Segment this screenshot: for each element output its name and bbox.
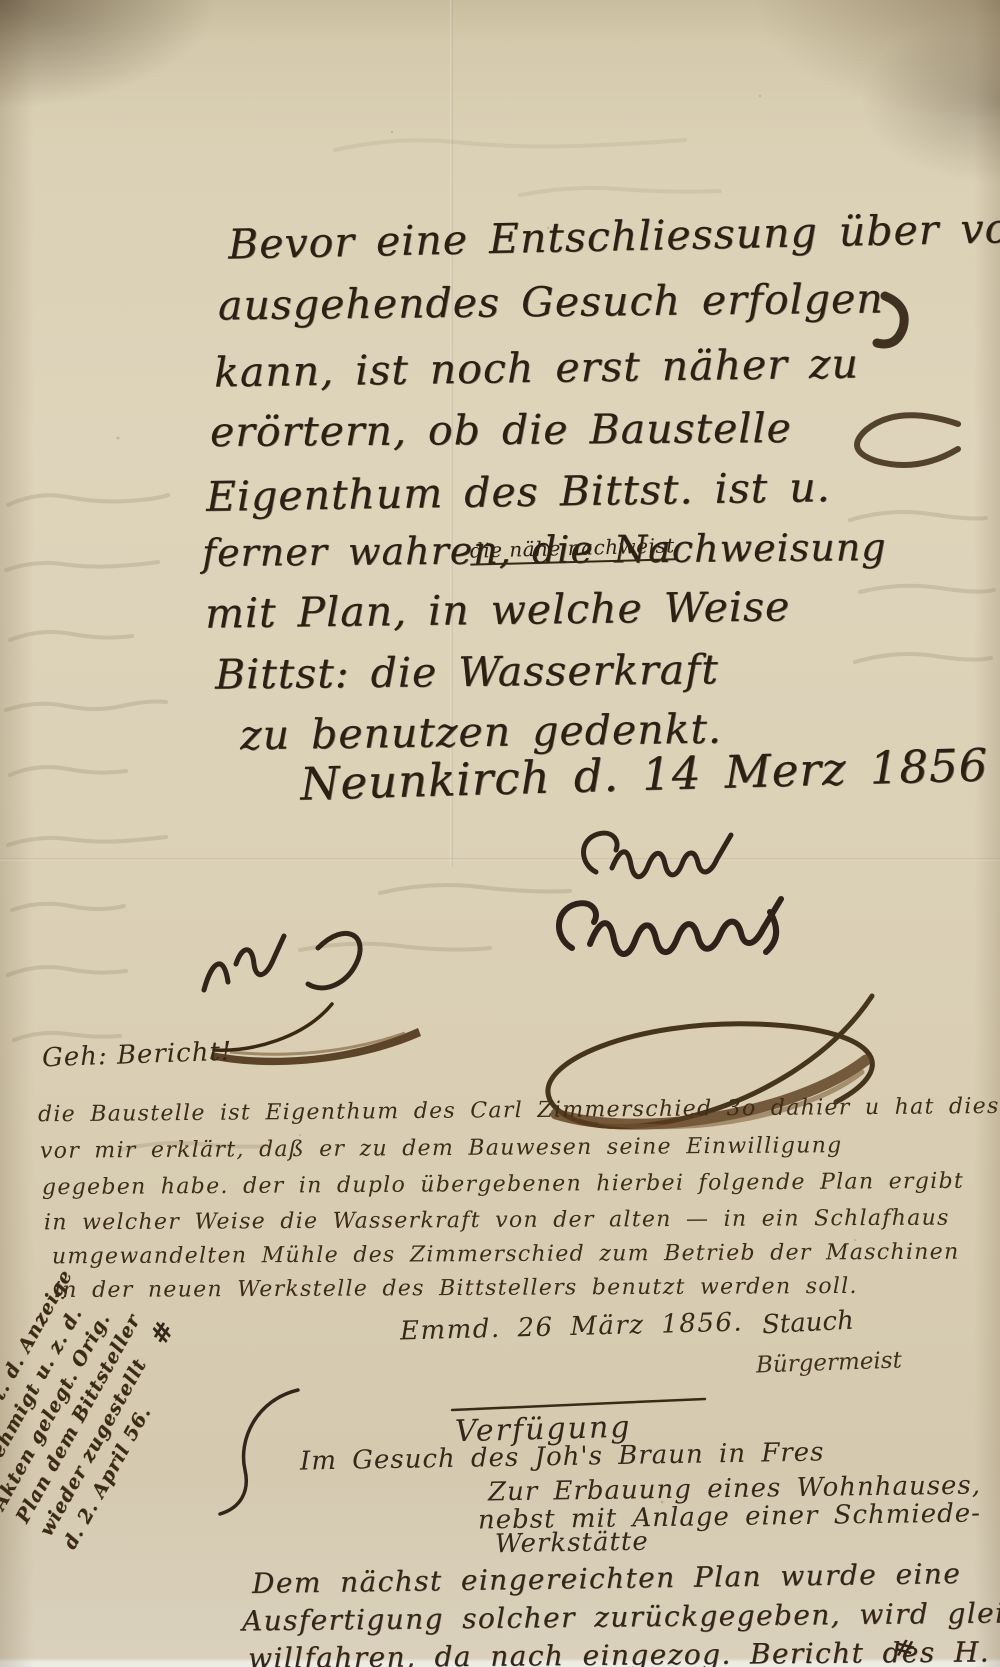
signature-flourish-left	[210, 1004, 421, 1065]
interlinear-insertion: die nähe nachweist	[470, 533, 675, 565]
signature-scrawl-left	[204, 933, 360, 990]
margin-swash	[857, 415, 958, 465]
decree-heading-stroke	[452, 1399, 705, 1410]
petition-line: Werkstätte	[495, 1527, 649, 1560]
petition-line: Im Gesuch des Joh's Braun in Fres	[300, 1437, 825, 1476]
main-text-line: ausgehendes Gesuch erfolgen	[218, 275, 884, 330]
horizontal-fold-crease	[0, 858, 1000, 861]
report-line: die Baustelle ist Eigenthum des Carl Zim…	[38, 1094, 1000, 1128]
petition-bracket-flourish	[220, 1390, 298, 1514]
main-text-line: erörtern, ob die Baustelle	[210, 404, 792, 456]
main-text-line: Bittst: die Wasserkraft	[215, 645, 719, 698]
closing-line: Dem nächst eingereichten Plan wurde eine	[252, 1557, 962, 1600]
main-text-line: kann, ist noch erst näher zu	[214, 340, 859, 397]
signature-scrawl-right-1	[584, 833, 732, 877]
report-line: vor mir erklärt, daß er zu dem Bauwesen …	[40, 1133, 843, 1164]
marginalia-block: u. erwart. d. Anzeige Genehmigt u. z. d.…	[0, 1144, 265, 1555]
report-signature-title: Bürgermeist	[756, 1347, 903, 1378]
main-text-line: Bevor eine Entschliessung über vor-	[228, 203, 1000, 268]
report-heading: Geh: Bericht!	[42, 1037, 233, 1074]
main-text-line: mit Plan, in welche Weise	[205, 582, 791, 637]
report-dateline: Emmd. 26 März 1856.	[400, 1308, 744, 1347]
manuscript-page: Bevor eine Entschliessung über vor- ausg…	[0, 0, 1000, 1667]
signature-scrawl-right-2	[559, 899, 781, 954]
main-text-line: Eigenthum des Bittst. ist u.	[206, 463, 831, 521]
closing-line: willfahren, da nach eingezog. Bericht de…	[248, 1634, 1000, 1667]
closing-line: Ausfertigung solcher zurückgegeben, wird…	[242, 1596, 1000, 1638]
report-signature-name: Stauch	[761, 1306, 854, 1341]
